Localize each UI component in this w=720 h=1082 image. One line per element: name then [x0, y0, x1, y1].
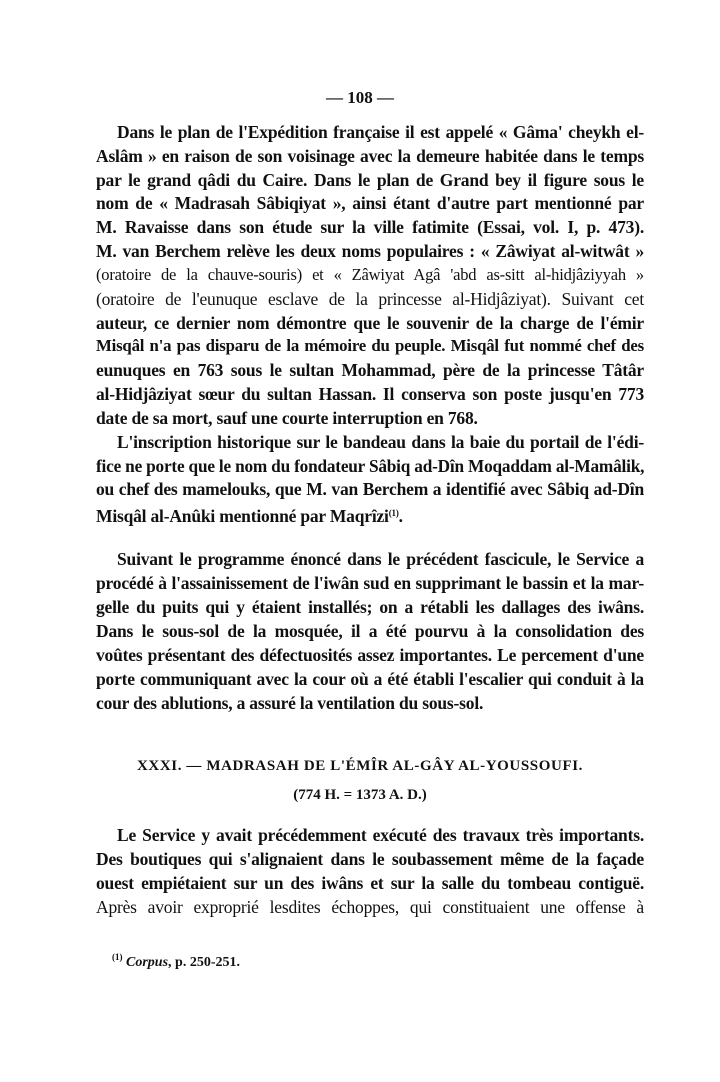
footnote-source: Corpus	[126, 955, 168, 970]
text-line: cour des ablutions, a assuré la ventilat…	[96, 692, 644, 714]
footnote-text: , p. 250-251.	[168, 955, 240, 970]
footnote-marker: (1)	[112, 952, 123, 962]
page-number: — 108 —	[0, 88, 720, 108]
text-line: procédé à l'assainissement de l'iwân sud…	[96, 572, 644, 594]
text-line: voûtes présentant des défectuosités asse…	[96, 644, 644, 666]
text-line: Dans le sous-sol de la mosquée, il a été…	[96, 620, 644, 642]
text-line: Misqâl al-Anûki mentionné par Maqrîzi(1)…	[96, 502, 644, 527]
text-line: ouest empiétaient sur un des iwâns et su…	[96, 872, 644, 894]
section-heading: XXXI. — MADRASAH DE L'ÉMÎR AL-GÂY AL-YOU…	[0, 758, 720, 775]
text-line: nom de « Madrasah Sâbiqiyat », ainsi éta…	[96, 192, 644, 214]
text-line: M. van Berchem relève les deux noms popu…	[96, 240, 644, 262]
text-line: Aslâm » en raison de son voisinage avec …	[96, 145, 644, 167]
text-line: M. Ravaisse dans son étude sur la ville …	[96, 216, 644, 238]
text-line: L'inscription historique sur le bandeau …	[117, 431, 644, 453]
text-line: (oratoire de l'eunuque esclave de la pri…	[96, 288, 644, 310]
text-span: .	[399, 506, 403, 526]
footnote: (1) Corpus, p. 250-251.	[112, 952, 240, 971]
text-line: Le Service y avait précédemment exécuté …	[117, 824, 644, 846]
text-line: porte communiquant avec la cour où a été…	[96, 668, 644, 690]
text-line: date de sa mort, sauf une courte interru…	[96, 407, 644, 429]
text-line: Misqâl n'a pas disparu de la mémoire du …	[96, 335, 644, 357]
text-line: al-Hidjâziyat sœur du sultan Hassan. Il …	[96, 383, 644, 405]
text-line: gelle du puits qui y étaient installés; …	[96, 596, 644, 618]
text-line: fice ne porte que le nom du fondateur Sâ…	[96, 455, 644, 477]
text-line: Des boutiques qui s'alignaient dans le s…	[96, 848, 644, 870]
text-line: Suivant le programme énoncé dans le préc…	[117, 548, 644, 570]
text-span: Misqâl al-Anûki mentionné par Maqrîzi	[96, 506, 389, 526]
text-line: (oratoire de la chauve-souris) et « Zâwi…	[96, 264, 644, 286]
section-date: (774 H. = 1373 A. D.)	[0, 787, 720, 804]
text-line: ou chef des mamelouks, que M. van Berche…	[96, 478, 644, 500]
text-line: eunuques en 763 sous le sultan Mohammad,…	[96, 359, 644, 381]
text-line: Après avoir exproprié lesdites échoppes,…	[96, 896, 644, 918]
footnote-reference[interactable]: (1)	[389, 508, 399, 518]
text-line: auteur, ce dernier nom démontre que le s…	[96, 312, 644, 334]
text-line: par le grand qâdi du Caire. Dans le plan…	[96, 169, 644, 191]
text-line: Dans le plan de l'Expédition française i…	[117, 121, 644, 143]
